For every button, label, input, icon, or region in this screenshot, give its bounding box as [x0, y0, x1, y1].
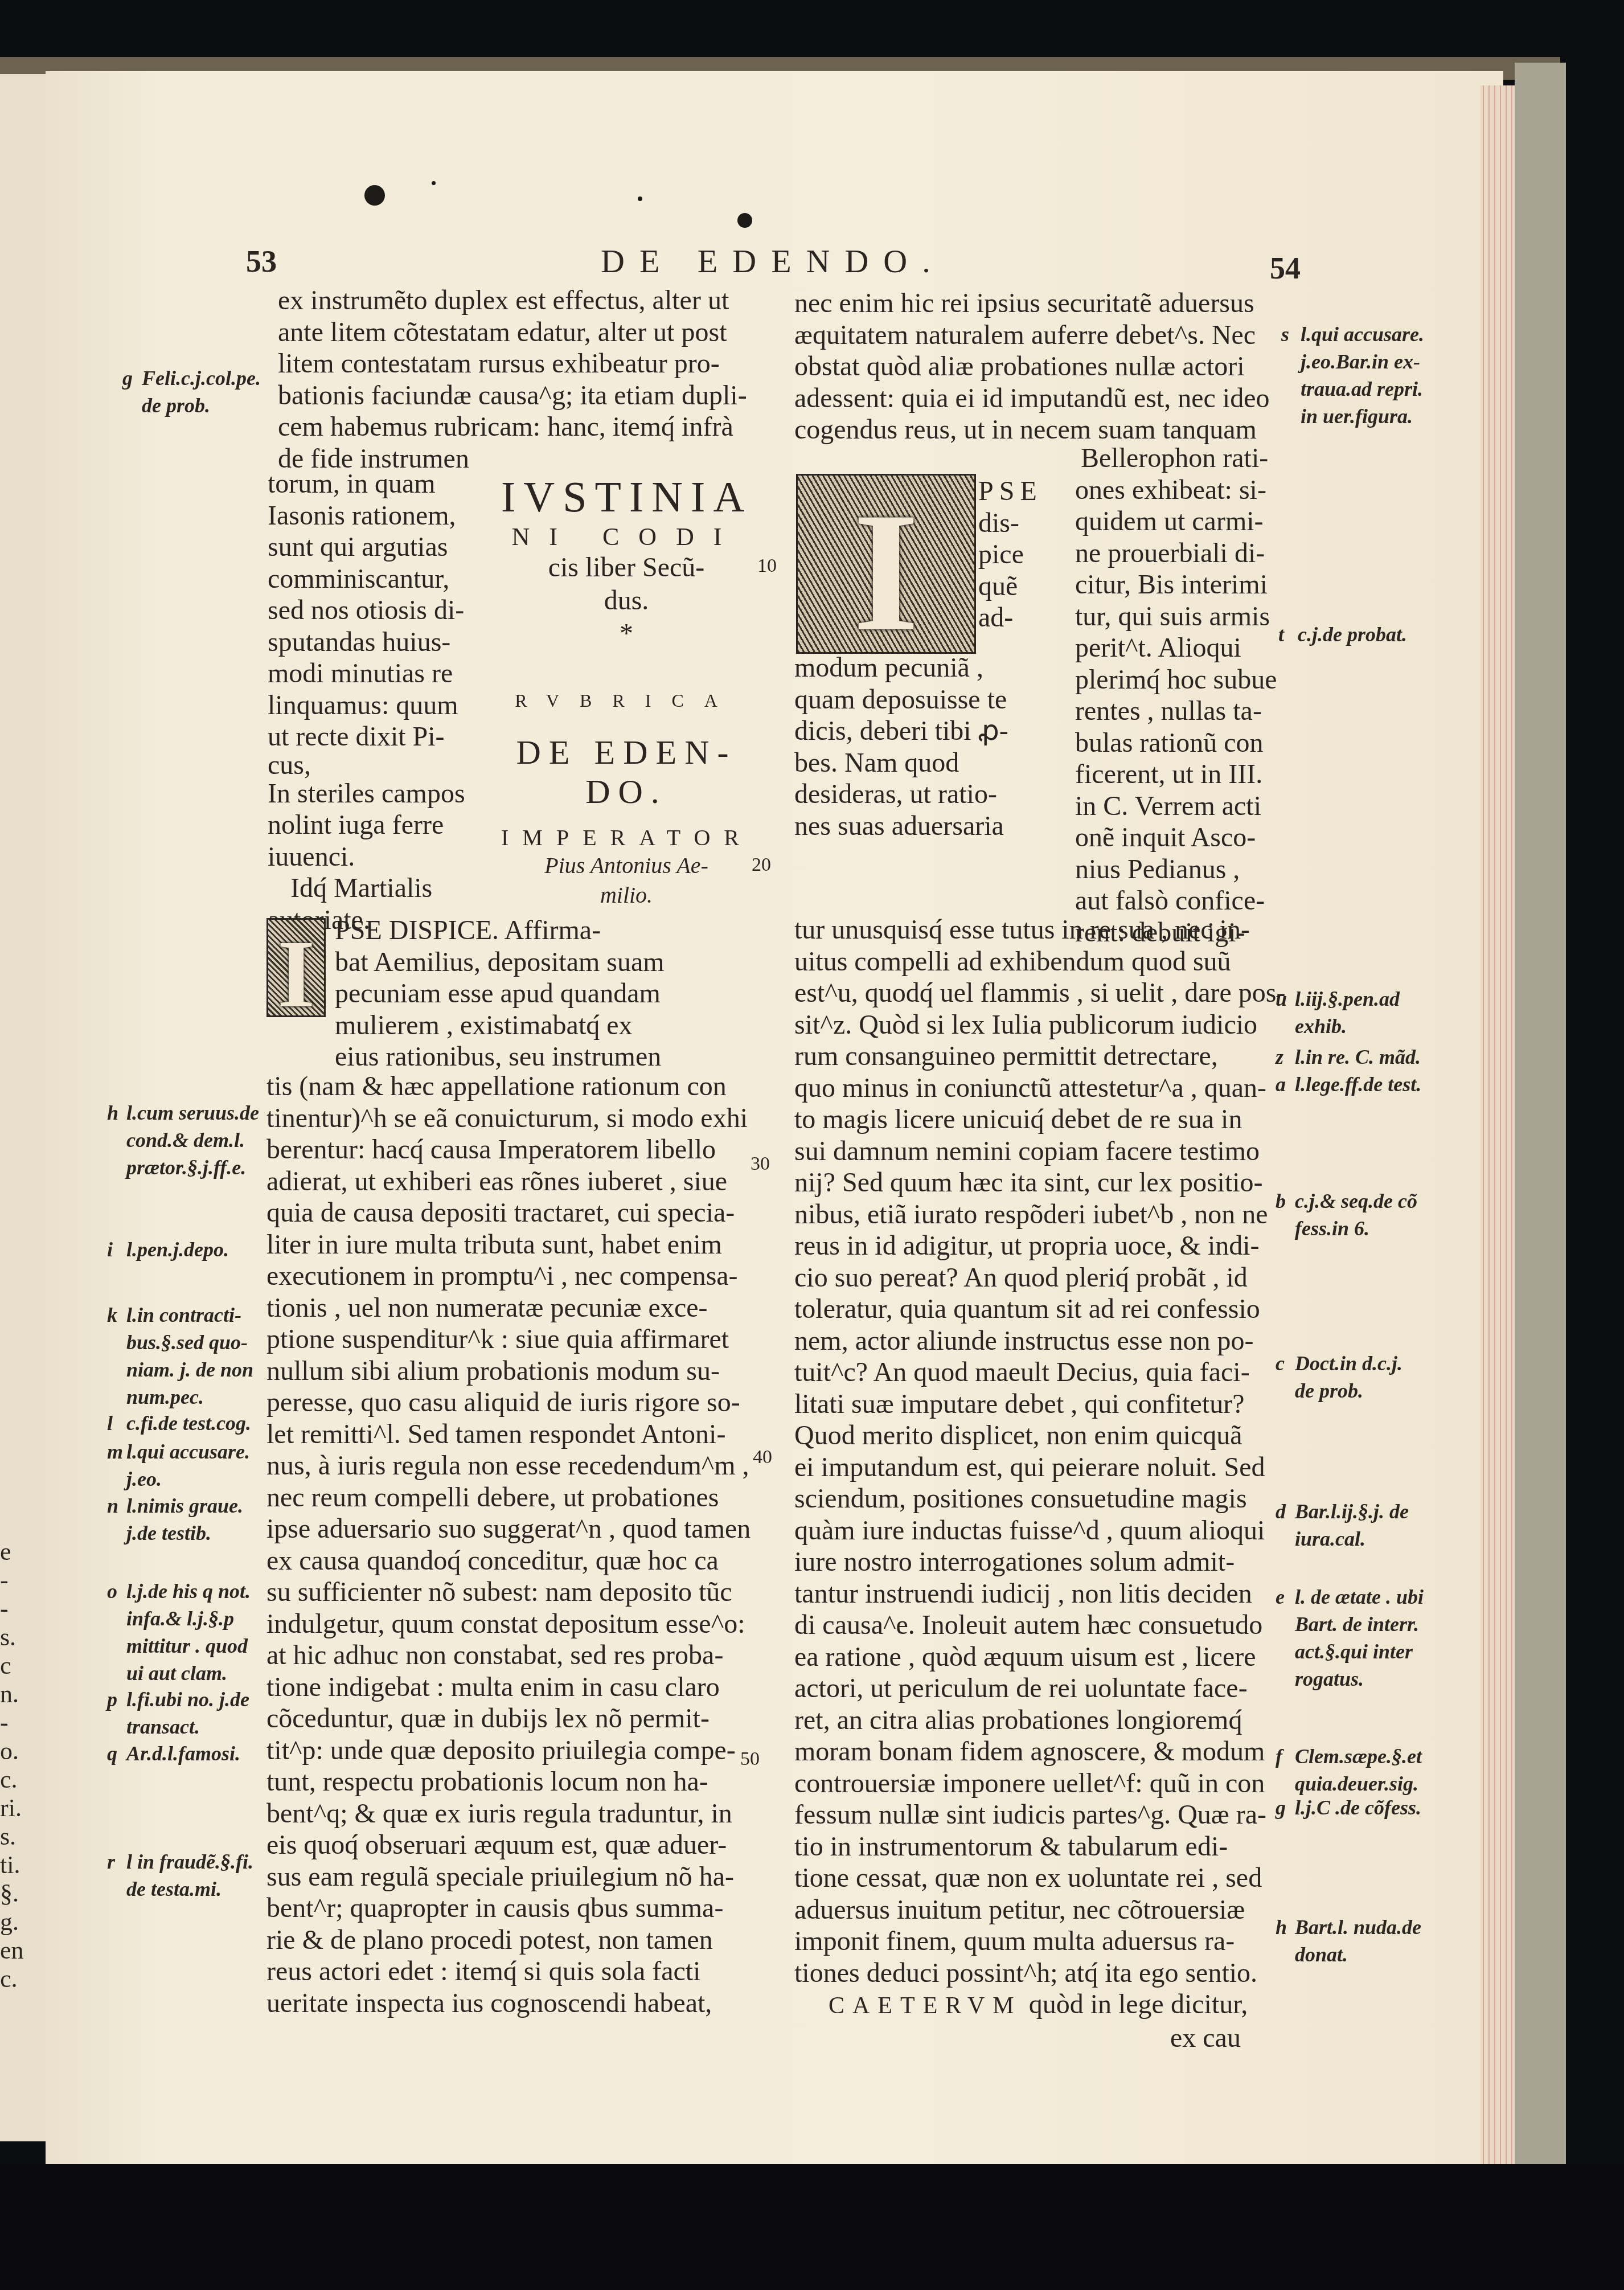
- running-title: DE EDENDO.: [601, 242, 945, 280]
- book-cover-edge: [1515, 63, 1566, 2187]
- rubrica-label: RVBRICA: [501, 690, 752, 711]
- right-initial-lines: PSE dis- pice quẽ ad-: [978, 476, 1043, 634]
- wormhole: [737, 213, 752, 228]
- right-narrow-left-lines: modum pecuniã , quam deposuisse te dicis…: [794, 652, 1008, 842]
- right-column-top: nec enim hic rei ipsius securitatẽ aduer…: [794, 288, 1269, 446]
- margin-note-n: nl.nimis graue. j.de testib.: [107, 1492, 243, 1547]
- margin-note-i: il.pen.j.depo.: [107, 1236, 229, 1263]
- wormhole: [432, 181, 436, 185]
- margin-note-m: ml.qui accusare. j.eo.: [107, 1438, 250, 1493]
- margin-note-a: al.lege.ff.de test.: [1276, 1071, 1421, 1098]
- catchword: ex cau: [794, 2022, 1285, 2054]
- pictorial-initial-letter: I: [796, 474, 976, 654]
- margin-note-l: lc.fi.de test.cog.: [107, 1410, 251, 1437]
- line-number: 30: [751, 1153, 770, 1175]
- margin-note-u: ul.iij.§.pen.ad exhib.: [1276, 985, 1400, 1040]
- wormhole: [638, 196, 642, 201]
- margin-note-b: bc.j.& seq.de cõ fess.in 6.: [1276, 1187, 1417, 1242]
- right-column-main: tur unusquisq́ esse tutus in re sua , ne…: [794, 914, 1285, 2054]
- page-number-left: 53: [246, 244, 277, 279]
- right-narrow-right-lines: Bellerophon rati- ones exhibeat: si- qui…: [1075, 443, 1277, 948]
- decorated-initial-letter: I: [266, 918, 326, 1017]
- margin-note-s: sl.qui accusare. j.eo.Bar.in ex- traua.a…: [1281, 321, 1424, 430]
- margin-note-r: rl in fraudẽ.§.fi. de testa.mi.: [107, 1848, 253, 1903]
- page-number-right: 54: [1270, 251, 1301, 286]
- left-column-main: tis (nam & hæc appellatione rationum con…: [266, 1071, 751, 2019]
- line-number: 10: [757, 555, 777, 577]
- margin-note-p: pl.fi.ubi no. j.de transact.: [107, 1686, 249, 1740]
- caeterum-line: CAETERVM quòd in lege dicitur,: [794, 1989, 1285, 2022]
- left-column-narrow: torum, in quam Iasonis rationem, sunt qu…: [268, 468, 465, 936]
- margin-note-f: fClem.sæpe.§.et quia.deuer.sig.: [1276, 1743, 1422, 1797]
- wormhole: [364, 185, 385, 206]
- margin-note-c: cDoct.in d.c.j. de prob.: [1276, 1350, 1402, 1404]
- line-number: 40: [753, 1447, 772, 1468]
- margin-note-q: qAr.d.l.famosi.: [107, 1740, 240, 1767]
- margin-note-h-right: hBart.l. nuda.de donat.: [1276, 1914, 1421, 1968]
- title-iustiniani: IVSTINIA: [501, 473, 752, 522]
- section-heading: DE EDEN-: [501, 733, 752, 772]
- facing-page-text-fragment: e - - s. c n. - o. c. ri. s. ti. §. g. e…: [0, 1538, 23, 1993]
- background-shadow: [0, 2164, 1624, 2290]
- margin-note-t: tc.j.de probat.: [1278, 621, 1407, 648]
- fore-edge-red-stripes: [1481, 85, 1515, 2181]
- margin-note-o: ol.j.de his q not. infa.& l.j.§.p mittit…: [107, 1578, 251, 1687]
- margin-note-h: hl.cum seruus.de cond.& dem.l. prætor.§.…: [107, 1099, 259, 1181]
- left-column-initial-lines: PSE DISPICE. Affirma- bat Aemilius, depo…: [335, 915, 665, 1073]
- margin-note-e: el. de ætate . ubi Bart. de interr. act.…: [1276, 1583, 1424, 1693]
- margin-note-g: gFeli.c.j.col.pe. de prob.: [122, 364, 261, 419]
- margin-note-g-right: gl.j.C .de cõfess.: [1276, 1794, 1421, 1821]
- margin-note-k: kl.in contracti- bus.§.sed quo- niam. j.…: [107, 1301, 253, 1411]
- asterisk-ornament: *: [501, 617, 752, 650]
- line-number: 20: [752, 854, 771, 876]
- margin-note-d: dBar.l.ij.§.j. de iura.cal.: [1276, 1498, 1409, 1552]
- left-column-top: ex instrumẽto duplex est effectus, alter…: [278, 285, 747, 474]
- margin-note-z: zl.in re. C. mãd.: [1276, 1043, 1421, 1071]
- book-title-block: IVSTINIA NI CODI cis liber Secũ- dus. * …: [501, 473, 752, 910]
